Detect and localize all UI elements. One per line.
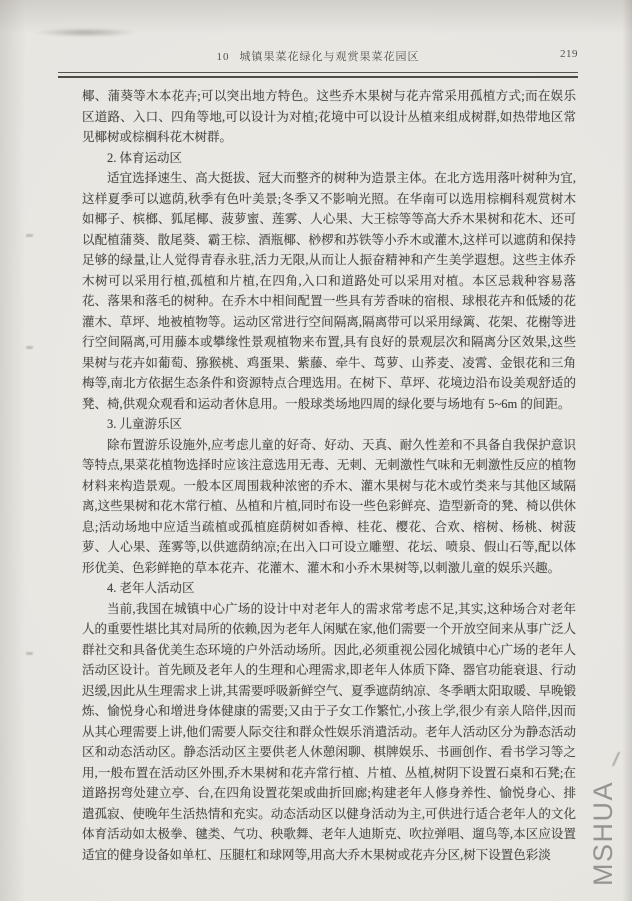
running-head: 10城镇果菜花绿化与观赏果菜花园区 219 <box>58 48 578 64</box>
scan-artifact-mark <box>26 652 33 655</box>
section-heading-seniors: 4. 老年人活动区 <box>82 578 576 599</box>
body-paragraph: 椰、蒲葵等木本花卉;可以突出地方特色。这些乔木果树与花卉常采用孤植方式;而在娱乐… <box>82 86 576 148</box>
page-body-text: 椰、蒲葵等木本花卉;可以突出地方特色。这些乔木果树与花卉常采用孤植方式;而在娱乐… <box>82 86 576 865</box>
header-double-rule <box>58 72 578 78</box>
chapter-title: 城镇果菜花绿化与观赏果菜花园区 <box>240 51 420 63</box>
body-paragraph: 适宜选择速生、高大挺拔、冠大而整齐的树种为造景主体。在北方选用落叶树种为宜,这样… <box>82 168 576 414</box>
scanned-book-page: { "header": { "chapter_no": "10", "title… <box>0 0 632 901</box>
section-heading-sports: 2. 体育运动区 <box>82 148 576 169</box>
scan-artifact-mark <box>26 346 33 349</box>
watermark-text: MSHUA <box>588 792 618 886</box>
scan-edge-shadow-right <box>622 0 632 901</box>
page-number: 219 <box>560 48 578 60</box>
scan-artifact-mark <box>612 752 629 766</box>
body-paragraph: 除布置游乐设施外,应考虑儿童的好奇、好动、天真、耐久性差和不具备自我保护意识等特… <box>82 435 576 579</box>
scan-artifact-smudge <box>36 28 136 37</box>
body-paragraph: 当前,我国在城镇中心广场的设计中对老年人的需求常考虑不足,其实,这种场合对老年人… <box>82 599 576 866</box>
section-heading-children: 3. 儿童游乐区 <box>82 414 576 435</box>
chapter-number: 10 <box>217 51 230 63</box>
scan-artifact-mark <box>26 234 33 237</box>
scan-edge-shadow-left <box>0 0 26 901</box>
